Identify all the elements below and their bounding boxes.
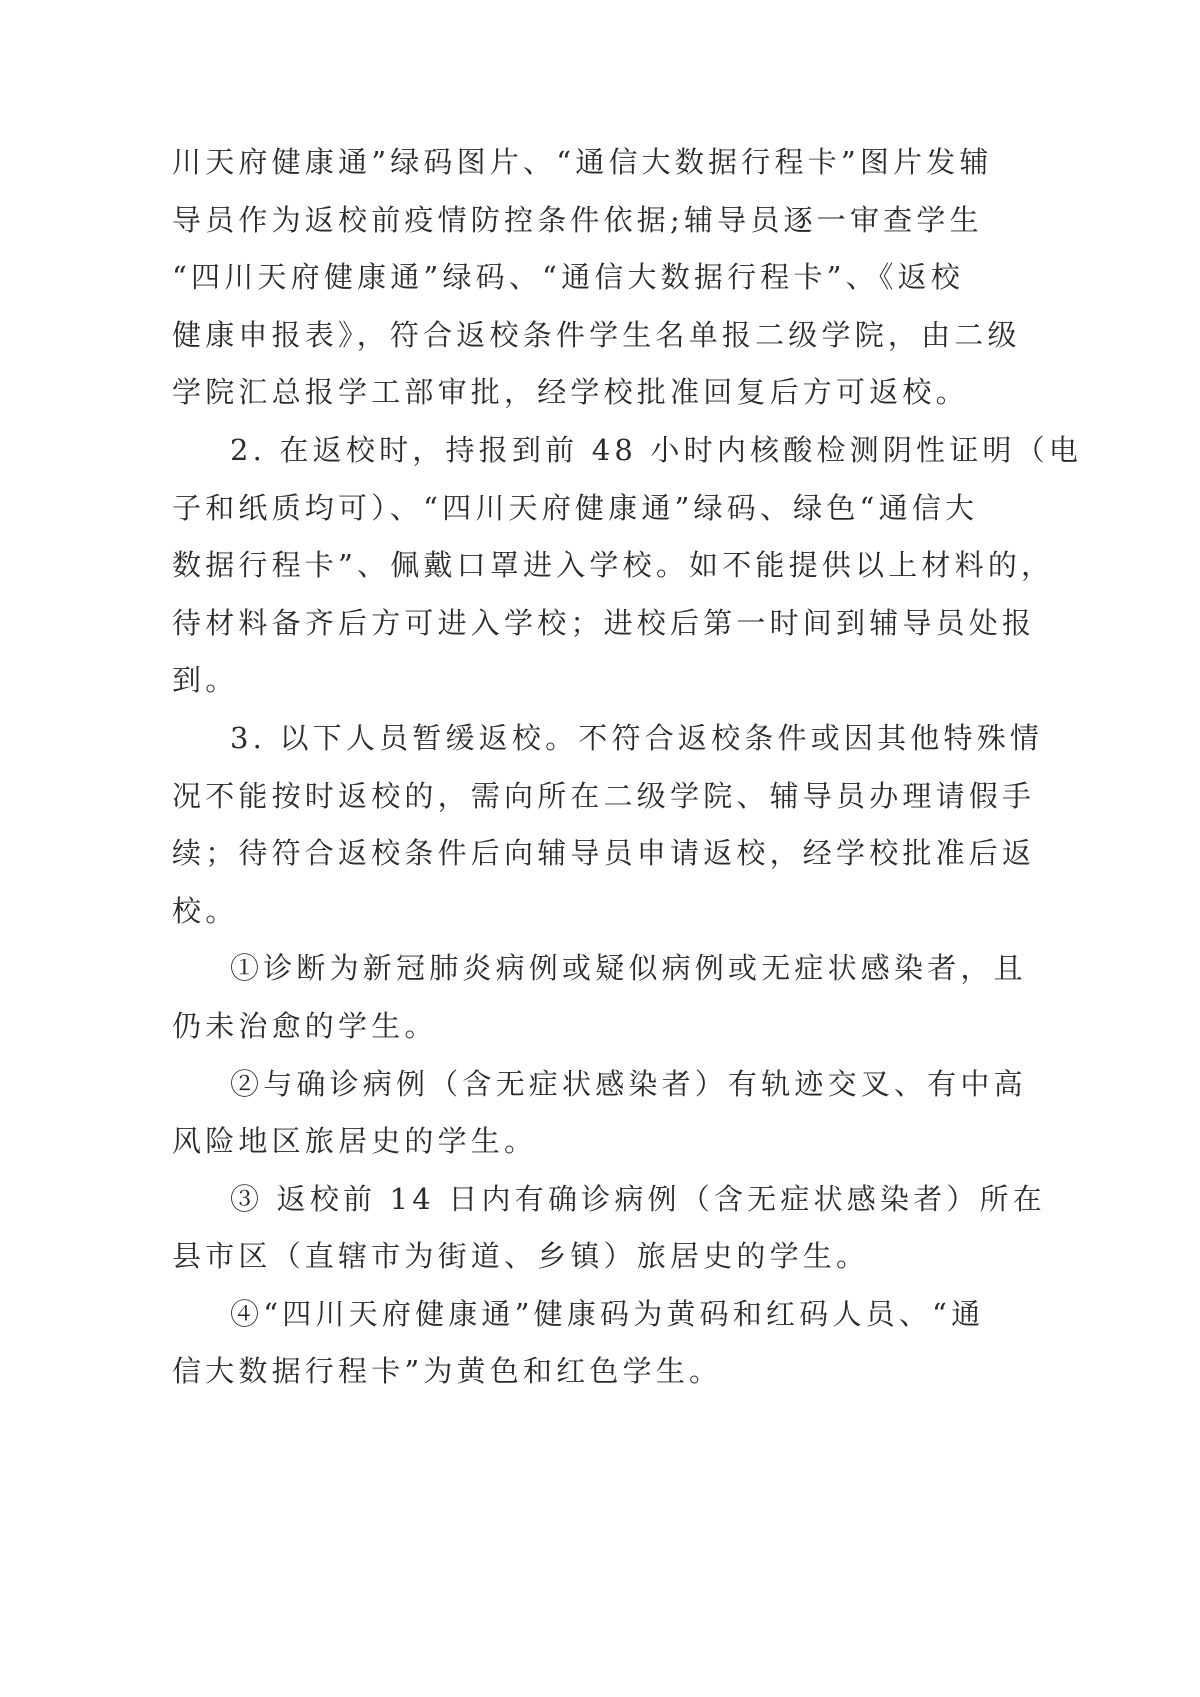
text-line: 子和纸质均可）、“四川天府健康通”绿码、绿色“通信大	[172, 480, 952, 538]
text-line: “四川天府健康通”绿码、“通信大数据行程卡”、《返校	[172, 249, 952, 307]
text-line: 学院汇总报学工部审批，经学校批准回复后方可返校。	[172, 364, 952, 422]
document-page: 川天府健康通”绿码图片、“通信大数据行程卡”图片发辅 导员作为返校前疫情防控条件…	[0, 0, 1200, 1697]
text-line: ①诊断为新冠肺炎病例或疑似病例或无症状感染者，且	[172, 940, 952, 998]
text-line: 仍未治愈的学生。	[172, 998, 952, 1056]
text-line: 信大数据行程卡”为黄色和红色学生。	[172, 1343, 952, 1401]
paragraph-item-3: 3. 以下人员暂缓返校。不符合返校条件或因其他特殊情 况不能按时返校的，需向所在…	[172, 710, 952, 940]
document-body: 川天府健康通”绿码图片、“通信大数据行程卡”图片发辅 导员作为返校前疫情防控条件…	[172, 134, 952, 1401]
text-line: 续；待符合返校条件后向辅导员申请返校，经学校批准后返	[172, 825, 952, 883]
paragraph-continued: 川天府健康通”绿码图片、“通信大数据行程卡”图片发辅 导员作为返校前疫情防控条件…	[172, 134, 952, 422]
paragraph-sub-item-2: ②与确诊病例（含无症状感染者）有轨迹交叉、有中高 风险地区旅居史的学生。	[172, 1056, 952, 1171]
text-line: 待材料备齐后方可进入学校；进校后第一时间到辅导员处报	[172, 595, 952, 653]
text-line: 导员作为返校前疫情防控条件依据;辅导员逐一审查学生	[172, 192, 952, 250]
text-line: ③ 返校前 14 日内有确诊病例（含无症状感染者）所在	[172, 1171, 952, 1229]
text-line: 校。	[172, 883, 952, 941]
text-line: 川天府健康通”绿码图片、“通信大数据行程卡”图片发辅	[172, 134, 952, 192]
text-line: ④“四川天府健康通”健康码为黄码和红码人员、“通	[172, 1286, 952, 1344]
paragraph-sub-item-3: ③ 返校前 14 日内有确诊病例（含无症状感染者）所在 县市区（直辖市为街道、乡…	[172, 1171, 952, 1286]
text-line: 县市区（直辖市为街道、乡镇）旅居史的学生。	[172, 1228, 952, 1286]
paragraph-item-2: 2. 在返校时，持报到前 48 小时内核酸检测阴性证明（电 子和纸质均可）、“四…	[172, 422, 952, 710]
paragraph-sub-item-1: ①诊断为新冠肺炎病例或疑似病例或无症状感染者，且 仍未治愈的学生。	[172, 940, 952, 1055]
text-line: 况不能按时返校的，需向所在二级学院、辅导员办理请假手	[172, 768, 952, 826]
text-line: 健康申报表》，符合返校条件学生名单报二级学院，由二级	[172, 307, 952, 365]
text-line: 3. 以下人员暂缓返校。不符合返校条件或因其他特殊情	[172, 710, 952, 768]
text-line: 风险地区旅居史的学生。	[172, 1113, 952, 1171]
paragraph-sub-item-4: ④“四川天府健康通”健康码为黄码和红码人员、“通 信大数据行程卡”为黄色和红色学…	[172, 1286, 952, 1401]
text-line: ②与确诊病例（含无症状感染者）有轨迹交叉、有中高	[172, 1056, 952, 1114]
text-line: 2. 在返校时，持报到前 48 小时内核酸检测阴性证明（电	[172, 422, 952, 480]
text-line: 到。	[172, 652, 952, 710]
text-line: 数据行程卡”、佩戴口罩进入学校。如不能提供以上材料的，	[172, 537, 952, 595]
